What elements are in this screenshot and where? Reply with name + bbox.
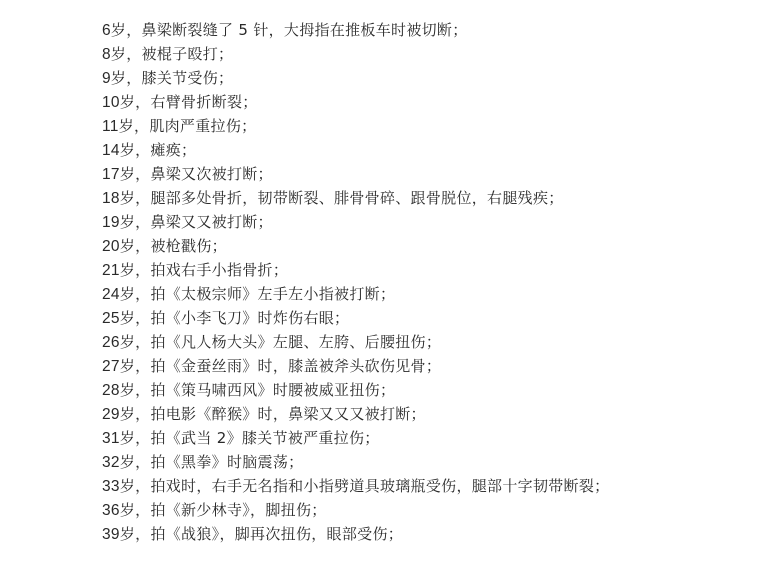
age-unit: 岁 bbox=[119, 117, 134, 135]
age-number: 21 bbox=[102, 262, 120, 279]
age-number: 28 bbox=[102, 382, 120, 399]
list-item: 25岁，拍《小李飞刀》时炸伤右眼； bbox=[102, 306, 609, 330]
age-unit: 岁 bbox=[120, 93, 135, 111]
list-item: 17岁，鼻梁又次被打断； bbox=[102, 162, 609, 186]
age-number: 14 bbox=[102, 142, 120, 159]
age-number: 27 bbox=[102, 358, 120, 375]
entry-text: ，肌肉严重拉伤； bbox=[134, 117, 256, 135]
age-number: 20 bbox=[102, 238, 120, 255]
list-item: 19岁，鼻梁又又被打断； bbox=[102, 210, 609, 234]
entry-text: ，拍《小李飞刀》时炸伤右眼； bbox=[135, 309, 349, 327]
list-item: 33岁，拍戏时，右手无名指和小指劈道具玻璃瓶受伤，腿部十字韧带断裂； bbox=[102, 474, 609, 498]
entry-text: ，拍《策马啸西风》时腰被威亚扭伤； bbox=[135, 381, 395, 399]
age-unit: 岁 bbox=[120, 501, 135, 519]
injury-list: 6岁，鼻梁断裂缝了 5 针，大拇指在推板车时被切断； 8岁，被棍子殴打； 9岁，… bbox=[102, 18, 609, 546]
age-number: 11 bbox=[102, 118, 119, 135]
entry-text: ，拍《新少林寺》，脚扭伤； bbox=[135, 501, 326, 519]
entry-text: ，拍《凡人杨大头》左腿、左胯、后腰扭伤； bbox=[135, 333, 441, 351]
age-unit: 岁 bbox=[120, 189, 135, 207]
entry-text: ，拍《太极宗师》左手左小指被打断； bbox=[135, 285, 395, 303]
age-number: 8 bbox=[102, 46, 111, 63]
list-item: 10岁，右臂骨折断裂； bbox=[102, 90, 609, 114]
list-item: 24岁，拍《太极宗师》左手左小指被打断； bbox=[102, 282, 609, 306]
age-unit: 岁 bbox=[120, 453, 135, 471]
list-item: 27岁，拍《金蚕丝雨》时，膝盖被斧头砍伤见骨； bbox=[102, 354, 609, 378]
age-unit: 岁 bbox=[111, 69, 126, 87]
age-unit: 岁 bbox=[120, 213, 135, 231]
list-item: 31岁，拍《武当 2》膝关节被严重拉伤； bbox=[102, 426, 609, 450]
age-number: 6 bbox=[102, 22, 111, 39]
entry-text: ，拍《战狼》，脚再次扭伤，眼部受伤； bbox=[135, 525, 403, 543]
list-item: 26岁，拍《凡人杨大头》左腿、左胯、后腰扭伤； bbox=[102, 330, 609, 354]
list-item: 32岁，拍《黑拳》时脑震荡； bbox=[102, 450, 609, 474]
age-unit: 岁 bbox=[120, 285, 135, 303]
entry-text: ，被枪戳伤； bbox=[135, 237, 227, 255]
list-item: 29岁，拍电影《醉猴》时，鼻梁又又又被打断； bbox=[102, 402, 609, 426]
age-unit: 岁 bbox=[120, 237, 135, 255]
entry-text: ，右臂骨折断裂； bbox=[135, 93, 257, 111]
age-number: 25 bbox=[102, 310, 120, 327]
age-unit: 岁 bbox=[120, 477, 135, 495]
entry-text: ，腿部多处骨折，韧带断裂、腓骨骨碎、跟骨脱位，右腿残疾； bbox=[135, 189, 563, 207]
age-unit: 岁 bbox=[120, 333, 135, 351]
age-unit: 岁 bbox=[120, 309, 135, 327]
entry-text: ，被棍子殴打； bbox=[126, 45, 233, 63]
age-number: 39 bbox=[102, 526, 120, 543]
list-item: 8岁，被棍子殴打； bbox=[102, 42, 609, 66]
list-item: 6岁，鼻梁断裂缝了 5 针，大拇指在推板车时被切断； bbox=[102, 18, 609, 42]
list-item: 11岁，肌肉严重拉伤； bbox=[102, 114, 609, 138]
age-number: 33 bbox=[102, 478, 120, 495]
age-number: 29 bbox=[102, 406, 120, 423]
list-item: 14岁，瘫痪； bbox=[102, 138, 609, 162]
age-unit: 岁 bbox=[120, 405, 135, 423]
age-number: 26 bbox=[102, 334, 120, 351]
age-number: 36 bbox=[102, 502, 120, 519]
entry-text: ，拍《金蚕丝雨》时，膝盖被斧头砍伤见骨； bbox=[135, 357, 441, 375]
age-number: 32 bbox=[102, 454, 120, 471]
age-number: 24 bbox=[102, 286, 120, 303]
age-unit: 岁 bbox=[120, 381, 135, 399]
list-item: 39岁，拍《战狼》，脚再次扭伤，眼部受伤； bbox=[102, 522, 609, 546]
age-number: 18 bbox=[102, 190, 120, 207]
age-unit: 岁 bbox=[120, 357, 135, 375]
age-number: 17 bbox=[102, 166, 120, 183]
age-unit: 岁 bbox=[120, 141, 135, 159]
age-number: 31 bbox=[102, 430, 120, 447]
list-item: 20岁，被枪戳伤； bbox=[102, 234, 609, 258]
entry-text: ，拍《黑拳》时脑震荡； bbox=[135, 453, 303, 471]
entry-text: ，拍戏时，右手无名指和小指劈道具玻璃瓶受伤，腿部十字韧带断裂； bbox=[135, 477, 609, 495]
entry-text: ，拍电影《醉猴》时，鼻梁又又又被打断； bbox=[135, 405, 426, 423]
list-item: 18岁，腿部多处骨折，韧带断裂、腓骨骨碎、跟骨脱位，右腿残疾； bbox=[102, 186, 609, 210]
age-number: 19 bbox=[102, 214, 120, 231]
entry-text: ，膝关节受伤； bbox=[126, 69, 233, 87]
entry-text: ，鼻梁又又被打断； bbox=[135, 213, 273, 231]
age-unit: 岁 bbox=[120, 429, 135, 447]
list-item: 28岁，拍《策马啸西风》时腰被威亚扭伤； bbox=[102, 378, 609, 402]
age-unit: 岁 bbox=[111, 21, 126, 39]
entry-text: ，拍戏右手小指骨折； bbox=[135, 261, 288, 279]
list-item: 9岁，膝关节受伤； bbox=[102, 66, 609, 90]
age-number: 10 bbox=[102, 94, 120, 111]
age-unit: 岁 bbox=[120, 525, 135, 543]
entry-text: ，鼻梁又次被打断； bbox=[135, 165, 273, 183]
age-unit: 岁 bbox=[111, 45, 126, 63]
list-item: 36岁，拍《新少林寺》，脚扭伤； bbox=[102, 498, 609, 522]
age-unit: 岁 bbox=[120, 165, 135, 183]
entry-text: ，鼻梁断裂缝了 5 针，大拇指在推板车时被切断； bbox=[126, 21, 467, 39]
entry-text: ，拍《武当 2》膝关节被严重拉伤； bbox=[135, 429, 379, 447]
age-unit: 岁 bbox=[120, 261, 135, 279]
entry-text: ，瘫痪； bbox=[135, 141, 196, 159]
age-number: 9 bbox=[102, 70, 111, 87]
list-item: 21岁，拍戏右手小指骨折； bbox=[102, 258, 609, 282]
